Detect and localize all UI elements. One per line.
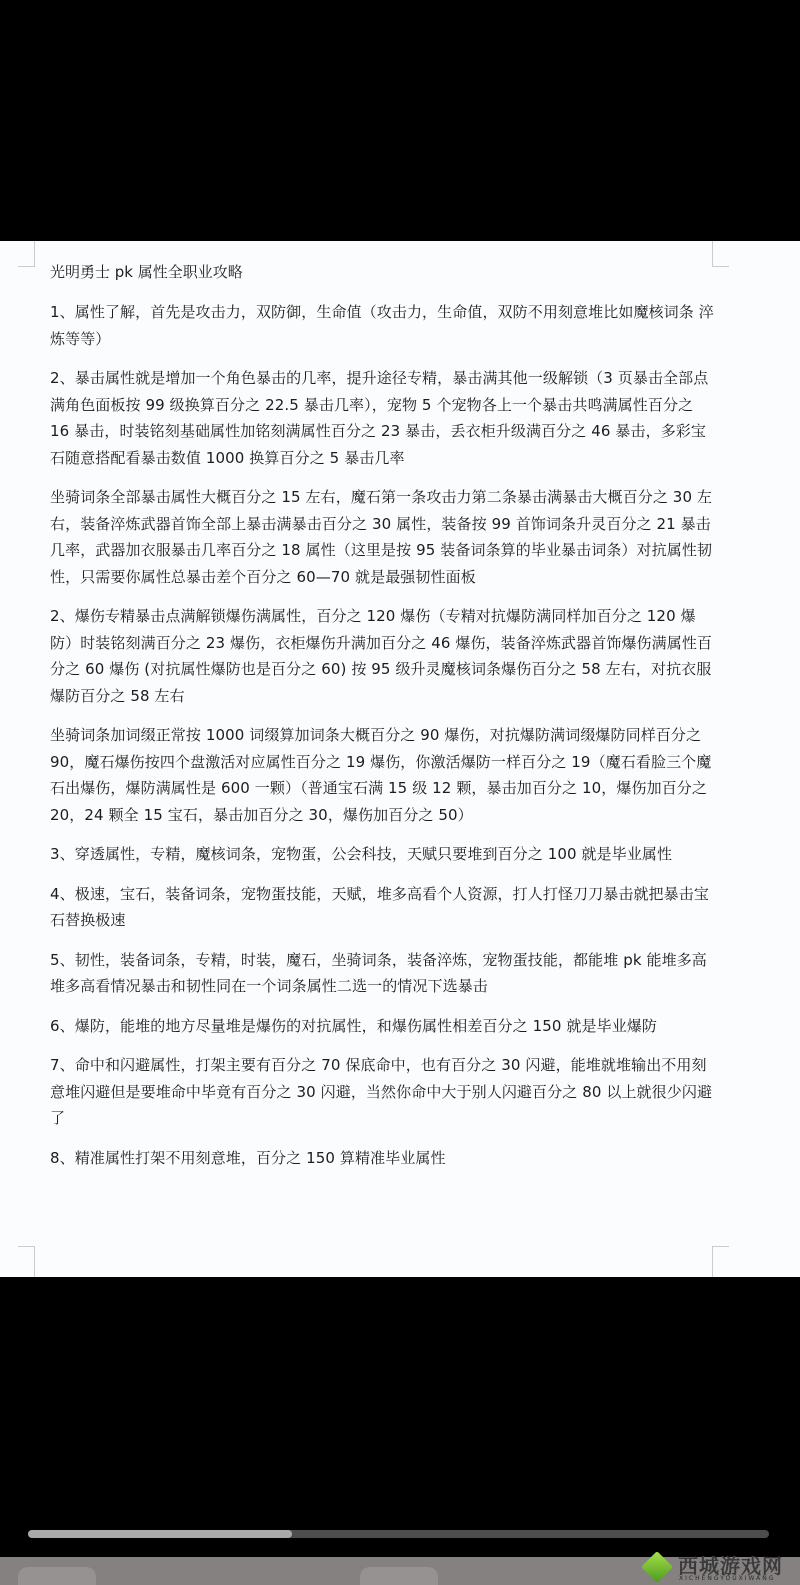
paragraph-crit-sources: 坐骑词条全部暴击属性大概百分之 15 左右，魔石第一条攻击力第二条暴击满暴击大概… xyxy=(50,484,715,590)
watermark-subtext: XICHENGYOUXIWANG xyxy=(679,1575,775,1582)
paragraph-7-hit-dodge: 7、命中和闪避属性，打架主要有百分之 70 保底命中，也有百分之 30 闪避，能… xyxy=(50,1052,715,1132)
paragraph-1-attributes: 1、属性了解，首先是攻击力，双防御，生命值（攻击力，生命值，双防不用刻意堆比如魔… xyxy=(50,299,715,352)
document-page: 光明勇士 pk 属性全职业攻略 1、属性了解，首先是攻击力，双防御，生命值（攻击… xyxy=(0,241,800,1277)
watermark-logo-icon xyxy=(641,1551,673,1583)
bottom-left-button[interactable] xyxy=(18,1567,96,1585)
document-content: 光明勇士 pk 属性全职业攻略 1、属性了解，首先是攻击力，双防御，生命值（攻击… xyxy=(50,261,715,1184)
video-progress-fill xyxy=(28,1530,292,1538)
paragraph-4-haste: 4、极速，宝石，装备词条，宠物蛋技能，天赋，堆多高看个人资源，打人打怪刀刀暴击就… xyxy=(50,881,715,934)
paragraph-6-crit-defense: 6、爆防，能堆的地方尽量堆是爆伤的对抗属性，和爆伤属性相差百分之 150 就是毕… xyxy=(50,1013,715,1040)
document-title: 光明勇士 pk 属性全职业攻略 xyxy=(50,261,715,283)
paragraph-3-penetration: 3、穿透属性，专精，魔核词条，宠物蛋，公会科技，天赋只要堆到百分之 100 就是… xyxy=(50,841,715,868)
paragraph-5-toughness: 5、韧性，装备词条，专精，时装，魔石，坐骑词条，装备淬炼，宠物蛋技能，都能堆 p… xyxy=(50,947,715,1000)
page-corner-marker xyxy=(18,1246,35,1277)
paragraph-8-precision: 8、精准属性打架不用刻意堆，百分之 150 算精准毕业属性 xyxy=(50,1145,715,1172)
video-progress-bar[interactable] xyxy=(28,1530,769,1538)
page-corner-marker xyxy=(712,1246,729,1277)
page-corner-marker xyxy=(18,241,35,267)
video-top-black-area xyxy=(0,0,800,241)
paragraph-crit-damage: 2、爆伤专精暴击点满解锁爆伤满属性，百分之 120 爆伤（专精对抗爆防满同样加百… xyxy=(50,603,715,709)
paragraph-2-crit: 2、暴击属性就是增加一个角色暴击的几率，提升途径专精，暴击满其他一级解锁（3 页… xyxy=(50,365,715,471)
bottom-center-button[interactable] xyxy=(360,1567,438,1585)
paragraph-crit-damage-sources: 坐骑词条加词缀正常按 1000 词缀算加词条大概百分之 90 爆伤，对抗爆防满词… xyxy=(50,722,715,828)
site-watermark: 西城游戏网 XICHENGYOUXIWANG xyxy=(642,1548,800,1585)
